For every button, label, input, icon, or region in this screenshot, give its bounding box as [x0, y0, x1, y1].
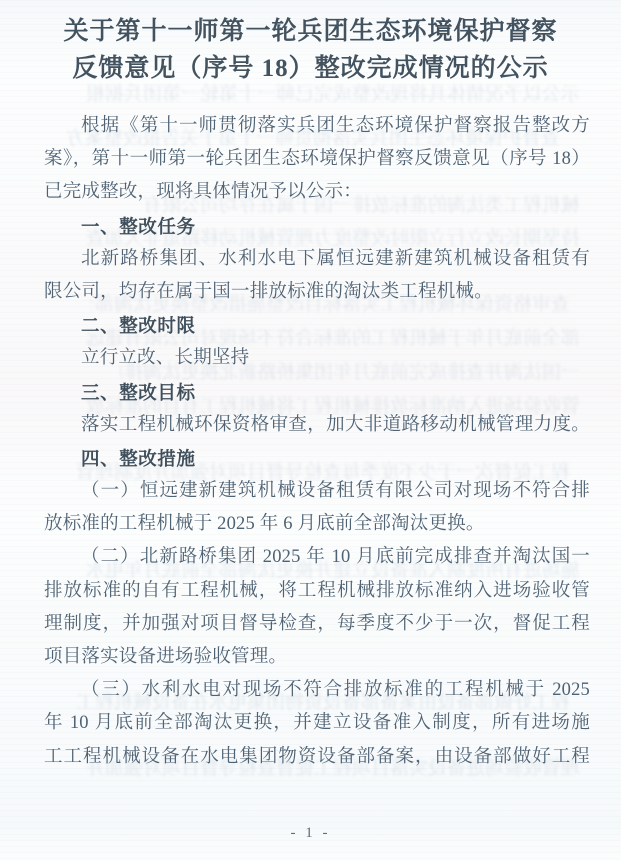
body-line: （二）北新路桥集团 2025 年 10 月底前完成排查并淘汰国一: [44, 541, 590, 574]
document-title-line1: 关于第十一师第一轮兵团生态环境保护督察: [10, 13, 611, 50]
document-title-line2: 反馈意见（序号 18）整改完成情况的公示: [10, 50, 611, 87]
body-line: 年 10 月底前全部淘汰更换，并建立设备准入制度，所有进场施: [44, 707, 590, 740]
body-line: 排放标准的自有工程机械，将工程机械排放标准纳入进场验收管: [44, 575, 590, 608]
section-heading-2: 二、整改时限: [44, 309, 590, 342]
body-line: 落实工程机械环保资格审查，加大非道路移动机械管理力度。: [44, 409, 590, 442]
document-title: 关于第十一师第一轮兵团生态环境保护督察 反馈意见（序号 18）整改完成情况的公示: [10, 13, 611, 87]
section-heading-3: 三、整改目标: [44, 376, 590, 409]
body-line: （三）水利水电对现场不符合排放标准的工程机械于 2025: [44, 674, 590, 707]
body-line: 工工程机械设备在水电集团物资设备部备案，由设备部做好工程: [44, 741, 590, 774]
section-heading-4: 四、整改措施: [44, 442, 590, 475]
ghost-text-line: 示公以予况情体具将现改整成完已师一十第轮一第团兵据根: [40, 84, 580, 106]
body-line: 项目落实设备进场验收管理。: [44, 641, 590, 674]
body-line: （一）恒远建新建筑机械设备租赁有限公司对现场不符合排: [44, 475, 590, 508]
body-line: 理制度，并加强对项目督导检查，每季度不少于一次，督促工程: [44, 608, 590, 641]
section-heading-1: 一、整改任务: [44, 210, 590, 243]
document-page: 示公以予况情体具将现改整成完已师一十第轮一第团兵据根 查督护保境环态生团兵实落彻…: [0, 0, 621, 861]
body-line: 立行立改、长期坚持: [44, 342, 590, 375]
body-line: 北新路桥集团、水利水电下属恒远建新建筑机械设备租赁有: [44, 243, 590, 276]
body-line: 根据《第十一师贯彻落实兵团生态环境保护督察报告整改方: [44, 110, 590, 143]
body-line: 已完成整改，现将具体情况予以公示：: [44, 176, 590, 209]
document-body: 根据《第十一师贯彻落实兵团生态环境保护督察报告整改方 案》，第十一师第一轮兵团生…: [44, 110, 590, 774]
page-number: - 1 -: [0, 825, 621, 842]
body-line: 放标准的工程机械于 2025 年 6 月底前全部淘汰更换。: [44, 508, 590, 541]
body-line: 限公司，均存在属于国一排放标准的淘汰类工程机械。: [44, 276, 590, 309]
body-line: 案》，第十一师第一轮兵团生态环境保护督察反馈意见（序号 18）: [44, 143, 590, 176]
